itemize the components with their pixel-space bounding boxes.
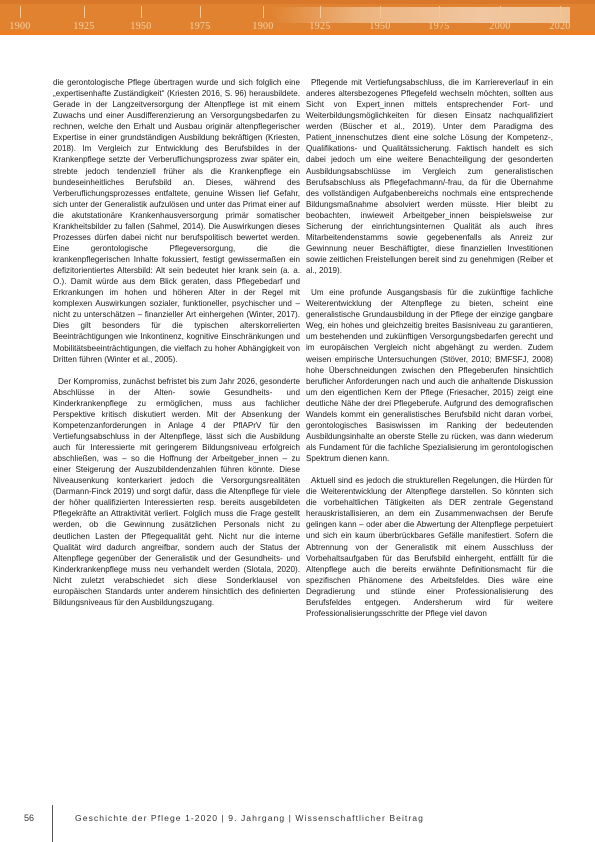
timeline-tick xyxy=(560,6,561,18)
running-title: Geschichte der Pflege 1-2020 | 9. Jahrga… xyxy=(75,813,424,823)
paragraph: Pflegende mit Vertiefungsabschluss, die … xyxy=(306,77,553,276)
text-column-left: die gerontologische Pflege übertragen wu… xyxy=(53,77,300,619)
timeline-tick xyxy=(20,6,21,18)
timeline-tick xyxy=(380,6,381,18)
timeline-tick xyxy=(200,6,201,18)
timeline-tick xyxy=(439,6,440,18)
paragraph: Um eine profunde Ausgangsbasis für die z… xyxy=(306,287,553,464)
timeline-header-bar: 1900 1925 1950 1975 1900 1925 1950 1975 … xyxy=(0,0,595,35)
paragraph: die gerontologische Pflege übertragen wu… xyxy=(53,77,300,365)
timeline-tick xyxy=(500,6,501,18)
paragraph: Aktuell sind es jedoch die strukturellen… xyxy=(306,475,553,619)
timeline-tick xyxy=(84,6,85,18)
timeline-tick xyxy=(263,6,264,18)
timeline-tick xyxy=(141,6,142,18)
page-number: 56 xyxy=(24,813,34,823)
paragraph: Der Kompromiss, zunächst befristet bis z… xyxy=(53,376,300,608)
timeline-baseline xyxy=(0,31,595,35)
timeline-tick xyxy=(320,6,321,18)
footer-divider xyxy=(52,805,53,842)
timeline-top-line xyxy=(0,0,595,4)
text-column-right: Pflegende mit Vertiefungsabschluss, die … xyxy=(306,77,553,630)
page-footer: 56 Geschichte der Pflege 1-2020 | 9. Jah… xyxy=(0,800,595,842)
